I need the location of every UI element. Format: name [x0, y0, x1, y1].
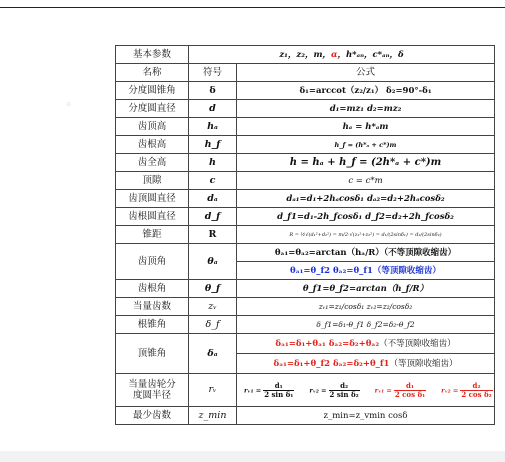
- table-row: 齿顶角 θₐ θₐ₁=θₐ₂=arctan（hₐ/R）（不等顶隙收缩齿）: [116, 244, 495, 262]
- row-formula: R = ½√(d₁²+d₂²) = m/2·√(z₁²+z₂²) = d₁/(2…: [237, 226, 495, 244]
- row-formula: h = hₐ + h_f = (2h*ₐ + c*)m: [237, 154, 495, 172]
- row-name: 齿根圆直径: [116, 208, 189, 226]
- row-formula: d₁=mz₁ d₂=mz₂: [237, 100, 495, 118]
- row-symbol: θₐ: [189, 244, 237, 280]
- table-row: 齿根高 h_f h_f = (h*ₐ + c*)m: [116, 136, 495, 154]
- row-symbol: d: [189, 100, 237, 118]
- row-formula: hₐ = h*ₐm: [237, 118, 495, 136]
- row-symbol: d_f: [189, 208, 237, 226]
- row-name: 齿顶角: [116, 244, 189, 280]
- row-name: 齿顶圆直径: [116, 190, 189, 208]
- table-row: 齿顶圆直径 dₐ dₐ₁=d₁+2hₐcosδ₁ dₐ₂=d₂+2hₐcosδ₂: [116, 190, 495, 208]
- col-header-formula: 公式: [237, 64, 495, 82]
- table-row: 齿根圆直径 d_f d_f1=d₁-2h_fcosδ₁ d_f2=d₂+2h_f…: [116, 208, 495, 226]
- row-symbol: zᵥ: [189, 298, 237, 316]
- basic-params-label: 基本参数: [116, 46, 189, 64]
- table-row: 齿全高 h h = hₐ + h_f = (2h*ₐ + c*)m: [116, 154, 495, 172]
- row-name: 根锥角: [116, 316, 189, 334]
- row-formula-unequal-clearance: θₐ₁=θₐ₂=arctan（hₐ/R）（不等顶隙收缩齿）: [237, 244, 495, 262]
- row-name: 齿顶高: [116, 118, 189, 136]
- row-symbol: h: [189, 154, 237, 172]
- row-name: 顶隙: [116, 172, 189, 190]
- table-row: 齿顶高 hₐ hₐ = h*ₐm: [116, 118, 495, 136]
- row-name: 顶锥角: [116, 334, 189, 374]
- col-header-symbol: 符号: [189, 64, 237, 82]
- row-symbol: hₐ: [189, 118, 237, 136]
- row-symbol: rᵥ: [189, 374, 237, 407]
- row-name: 齿根角: [116, 280, 189, 298]
- top-divider: [0, 7, 505, 8]
- row-name: 分度圆锥角: [116, 82, 189, 100]
- row-formula: θ_f1=θ_f2=arctan（h_f/R）: [237, 280, 495, 298]
- row-formula: d_f1=d₁-2h_fcosδ₁ d_f2=d₂+2h_fcosδ₂: [237, 208, 495, 226]
- table-row: 根锥角 δ_f δ_f1=δ₁-θ_f1 δ_f2=δ₂-θ_f2: [116, 316, 495, 334]
- table-row: 齿根角 θ_f θ_f1=θ_f2=arctan（h_f/R）: [116, 280, 495, 298]
- row-formula: dₐ₁=d₁+2hₐcosδ₁ dₐ₂=d₂+2hₐcosδ₂: [237, 190, 495, 208]
- row-name: 齿全高: [116, 154, 189, 172]
- row-symbol: h_f: [189, 136, 237, 154]
- bevel-gear-parameter-table: 基本参数 z₁，z₂，m，α，h*ₐₙ，c*ₐₙ，δ 名称 符号 公式 分度圆锥…: [115, 45, 495, 425]
- row-name: 最少齿数: [116, 407, 189, 425]
- row-symbol: dₐ: [189, 190, 237, 208]
- row-formula: zᵥ₁=z₁/cosδ₁ zᵥ₂=z₂/cosδ₂: [237, 298, 495, 316]
- table-row: 顶隙 c c = c*m: [116, 172, 495, 190]
- row-formula: δ₁=arccot（z₂/z₁） δ₂=90°-δ₁: [237, 82, 495, 100]
- row-formula: δ_f1=δ₁-θ_f1 δ_f2=δ₂-θ_f2: [237, 316, 495, 334]
- row-name: 锥距: [116, 226, 189, 244]
- row-symbol: R: [189, 226, 237, 244]
- row-formula: rᵥ₁ =d₁2 sin δ₁ rᵥ₂ =d₂2 sin δ₂ rᵥ₁ =d₁2…: [237, 374, 495, 407]
- header-row: 名称 符号 公式: [116, 64, 495, 82]
- row-symbol: δ_f: [189, 316, 237, 334]
- row-name: 分度圆直径: [116, 100, 189, 118]
- stray-mark: ⁘: [65, 100, 72, 109]
- basic-params-value: z₁，z₂，m，α，h*ₐₙ，c*ₐₙ，δ: [189, 46, 495, 64]
- row-symbol: c: [189, 172, 237, 190]
- row-symbol: δₐ: [189, 334, 237, 374]
- row-name: 当量齿数: [116, 298, 189, 316]
- rv2-sin-term: rᵥ₂ =d₂2 sin δ₂: [309, 382, 361, 399]
- row-symbol: z_min: [189, 407, 237, 425]
- row-symbol: δ: [189, 82, 237, 100]
- rv2-cos-term: rᵥ₂ =d₂2 cos δ₂: [441, 382, 494, 399]
- row-formula-equal-clearance: δₐ₁=δ₁+θ_f2 δₐ₂=δ₂+θ_f1（等顶隙收缩齿）: [237, 354, 495, 374]
- table-row: 锥距 R R = ½√(d₁²+d₂²) = m/2·√(z₁²+z₂²) = …: [116, 226, 495, 244]
- row-formula: c = c*m: [237, 172, 495, 190]
- table-row: 分度圆直径 d d₁=mz₁ d₂=mz₂: [116, 100, 495, 118]
- row-symbol: θ_f: [189, 280, 237, 298]
- row-formula-equal-clearance: θₐ₁=θ_f2 θₐ₂=θ_f1（等顶隙收缩齿）: [237, 262, 495, 280]
- table-row: 当量齿轮分度圆半径 rᵥ rᵥ₁ =d₁2 sin δ₁ rᵥ₂ =d₂2 si…: [116, 374, 495, 407]
- row-formula: h_f = (h*ₐ + c*)m: [237, 136, 495, 154]
- rv1-sin-term: rᵥ₁ =d₁2 sin δ₁: [244, 382, 296, 399]
- rv1-cos-term: rᵥ₁ =d₁2 cos δ₁: [375, 382, 429, 399]
- col-header-name: 名称: [116, 64, 189, 82]
- row-formula-unequal-clearance: δₐ₁=δ₁+θₐ₁ δₐ₂=δ₂+θₐ₂（不等顶隙收缩齿）: [237, 334, 495, 354]
- basic-params-row: 基本参数 z₁，z₂，m，α，h*ₐₙ，c*ₐₙ，δ: [116, 46, 495, 64]
- table-row: 最少齿数 z_min z_min=z_vmin cosδ: [116, 407, 495, 425]
- row-name: 齿根高: [116, 136, 189, 154]
- table-row: 当量齿数 zᵥ zᵥ₁=z₁/cosδ₁ zᵥ₂=z₂/cosδ₂: [116, 298, 495, 316]
- row-name: 当量齿轮分度圆半径: [116, 374, 189, 407]
- bottom-band: [0, 451, 505, 462]
- row-formula: z_min=z_vmin cosδ: [237, 407, 495, 425]
- table-row: 顶锥角 δₐ δₐ₁=δ₁+θₐ₁ δₐ₂=δ₂+θₐ₂（不等顶隙收缩齿）: [116, 334, 495, 354]
- table-row: 分度圆锥角 δ δ₁=arccot（z₂/z₁） δ₂=90°-δ₁: [116, 82, 495, 100]
